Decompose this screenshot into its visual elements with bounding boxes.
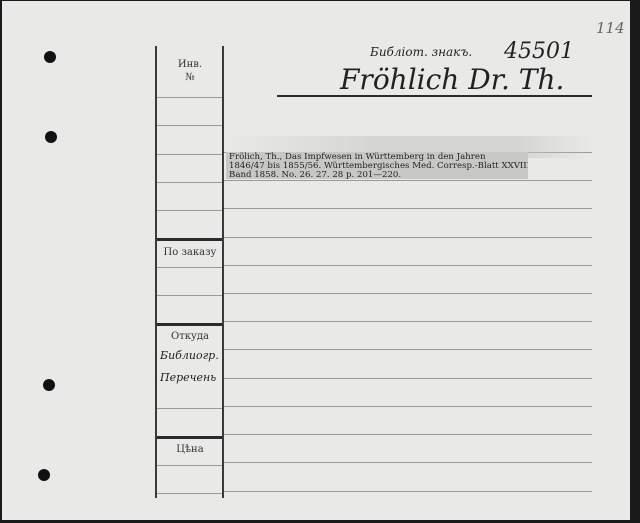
rule bbox=[157, 267, 222, 268]
punch-hole bbox=[45, 131, 57, 143]
inv-label: Инв. bbox=[157, 59, 223, 70]
heading-underline bbox=[277, 95, 592, 97]
punch-hole bbox=[38, 469, 50, 481]
corner-mark: 114 bbox=[596, 19, 625, 37]
rule bbox=[157, 154, 222, 155]
rule bbox=[224, 462, 592, 463]
inv-no-label: № bbox=[157, 72, 223, 83]
rule bbox=[224, 406, 592, 407]
source-handwritten-line2: Перечень bbox=[160, 371, 216, 384]
rule bbox=[224, 434, 592, 435]
section-divider bbox=[157, 436, 222, 439]
rule bbox=[157, 210, 222, 211]
rule bbox=[157, 97, 222, 98]
rule bbox=[157, 125, 222, 126]
rule bbox=[157, 295, 222, 296]
rule bbox=[224, 293, 592, 294]
section-divider bbox=[157, 323, 222, 326]
rule bbox=[224, 378, 592, 379]
rule bbox=[224, 208, 592, 209]
rule bbox=[157, 182, 222, 183]
rule bbox=[224, 237, 592, 238]
rule bbox=[224, 349, 592, 350]
left-column-border bbox=[155, 46, 157, 498]
rule bbox=[224, 180, 592, 181]
price-label: Цѣна bbox=[157, 444, 223, 455]
source-handwritten-line1: Библиогр. bbox=[160, 349, 219, 362]
rule bbox=[157, 408, 222, 409]
catalog-card: 114 Библіот. знакъ. 45501 Fröhlich Dr. T… bbox=[2, 1, 630, 520]
source-label: Откуда bbox=[157, 331, 223, 342]
pasted-clipping: Fröliсh, Th., Das Impfwesen in Württembe… bbox=[226, 152, 528, 179]
rule bbox=[224, 491, 592, 492]
punch-hole bbox=[44, 51, 56, 63]
left-column-divider bbox=[222, 46, 224, 498]
clipping-line: Band 1858. No. 26. 27. 28 p. 201—220. bbox=[229, 171, 525, 179]
rule bbox=[224, 265, 592, 266]
library-mark-label: Библіот. знакъ. bbox=[370, 45, 472, 59]
heading-handwritten: Fröhlich Dr. Th. bbox=[340, 63, 564, 96]
rule bbox=[157, 493, 222, 494]
section-divider bbox=[157, 238, 222, 241]
rule bbox=[157, 465, 222, 466]
library-mark-value: 45501 bbox=[504, 39, 574, 64]
rule bbox=[224, 321, 592, 322]
order-label: По заказу bbox=[157, 247, 223, 258]
punch-hole bbox=[43, 379, 55, 391]
